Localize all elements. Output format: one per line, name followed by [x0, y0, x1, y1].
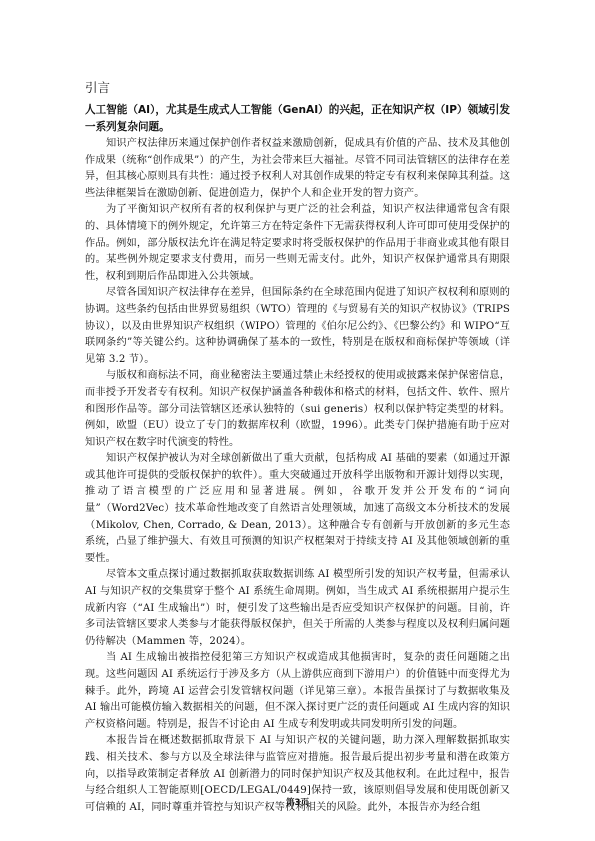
lead-paragraph: 人工智能（AI），尤其是生成式人工智能（GenAI）的兴起，正在知识产权（IP）…	[85, 102, 510, 136]
paragraph-innovation: 知识产权保护被认为对全球创新做出了重大贡献，包括构成 AI 基础的要素（如通过开…	[85, 451, 510, 567]
paragraph-international-treaties: 尽管各国知识产权法律存在差异，但国际条约在全球范围内促进了知识产权权利和原则的协…	[85, 285, 510, 368]
paragraph-ip-law-history: 知识产权法律历来通过保护创作者权益来激励创新，促成具有价值的产品、技术及其他创作…	[85, 136, 510, 202]
paragraph-exceptions: 为了平衡知识产权所有者的权利保护与更广泛的社会利益，知识产权法律通常包含有限的、…	[85, 202, 510, 285]
paragraph-ai-lifecycle: 尽管本文重点探讨通过数据抓取获取数据训练 AI 模型所引发的知识产权考量，但需承…	[85, 567, 510, 650]
section-heading: 引言	[85, 78, 110, 96]
body-text: 知识产权法律历来通过保护创作者权益来激励创新，促成具有价值的产品、技术及其他创作…	[85, 136, 510, 816]
paragraph-trade-secrets: 与版权和商标法不同，商业秘密法主要通过禁止未经授权的使用或披露来保护保密信息，而…	[85, 368, 510, 451]
page-number: 第3页	[0, 796, 595, 808]
paragraph-liability: 当 AI 生成输出被指控侵犯第三方知识产权或造成其他损害时，复杂的责任问题随之出…	[85, 650, 510, 733]
